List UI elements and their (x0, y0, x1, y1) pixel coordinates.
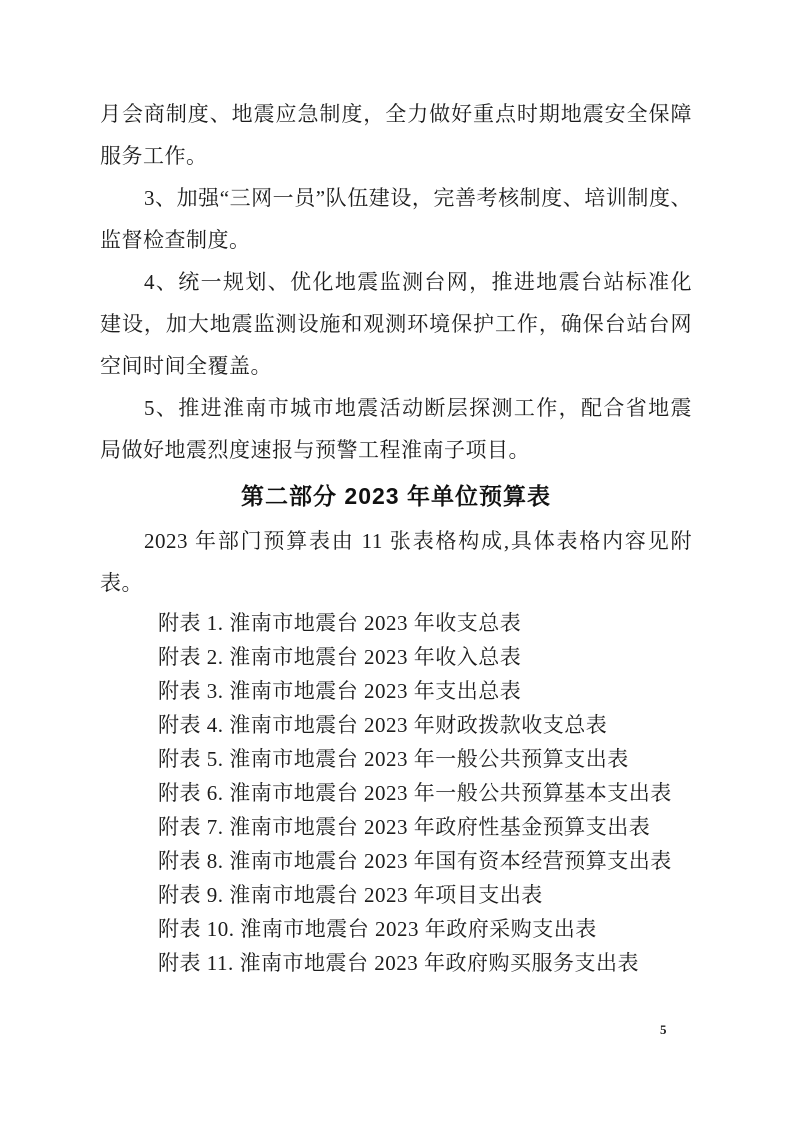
attachment-list-item-10: 附表 10. 淮南市地震台 2023 年政府采购支出表 (100, 912, 692, 946)
body-paragraph-item-3: 3、加强“三网一员”队伍建设，完善考核制度、培训制度、监督检查制度。 (100, 177, 692, 261)
body-paragraph-item-4: 4、统一规划、优化地震监测台网，推进地震台站标准化建设，加大地震监测设施和观测环… (100, 261, 692, 387)
attachment-list-item-1: 附表 1. 淮南市地震台 2023 年收支总表 (100, 606, 692, 640)
attachment-list-item-2: 附表 2. 淮南市地震台 2023 年收入总表 (100, 640, 692, 674)
attachment-list-item-6: 附表 6. 淮南市地震台 2023 年一般公共预算基本支出表 (100, 776, 692, 810)
attachment-list-item-3: 附表 3. 淮南市地震台 2023 年支出总表 (100, 674, 692, 708)
document-page: 月会商制度、地震应急制度，全力做好重点时期地震安全保障服务工作。 3、加强“三网… (0, 0, 793, 1122)
page-number: 5 (660, 1022, 667, 1038)
section-heading: 第二部分 2023 年单位预算表 (100, 481, 692, 511)
attachment-list-item-9: 附表 9. 淮南市地震台 2023 年项目支出表 (100, 878, 692, 912)
attachment-list-item-11: 附表 11. 淮南市地震台 2023 年政府购买服务支出表 (100, 946, 692, 980)
body-paragraph-continuation: 月会商制度、地震应急制度，全力做好重点时期地震安全保障服务工作。 (100, 93, 692, 177)
attachment-list-item-5: 附表 5. 淮南市地震台 2023 年一般公共预算支出表 (100, 742, 692, 776)
body-paragraph-item-5: 5、推进淮南市城市地震活动断层探测工作，配合省地震局做好地震烈度速报与预警工程淮… (100, 387, 692, 471)
attachment-list: 附表 1. 淮南市地震台 2023 年收支总表 附表 2. 淮南市地震台 202… (100, 606, 692, 980)
attachment-list-item-4: 附表 4. 淮南市地震台 2023 年财政拨款收支总表 (100, 708, 692, 742)
intro-paragraph: 2023 年部门预算表由 11 张表格构成,具体表格内容见附表。 (100, 520, 692, 604)
attachment-list-item-8: 附表 8. 淮南市地震台 2023 年国有资本经营预算支出表 (100, 844, 692, 878)
document-content: 月会商制度、地震应急制度，全力做好重点时期地震安全保障服务工作。 3、加强“三网… (100, 93, 692, 980)
attachment-list-item-7: 附表 7. 淮南市地震台 2023 年政府性基金预算支出表 (100, 810, 692, 844)
